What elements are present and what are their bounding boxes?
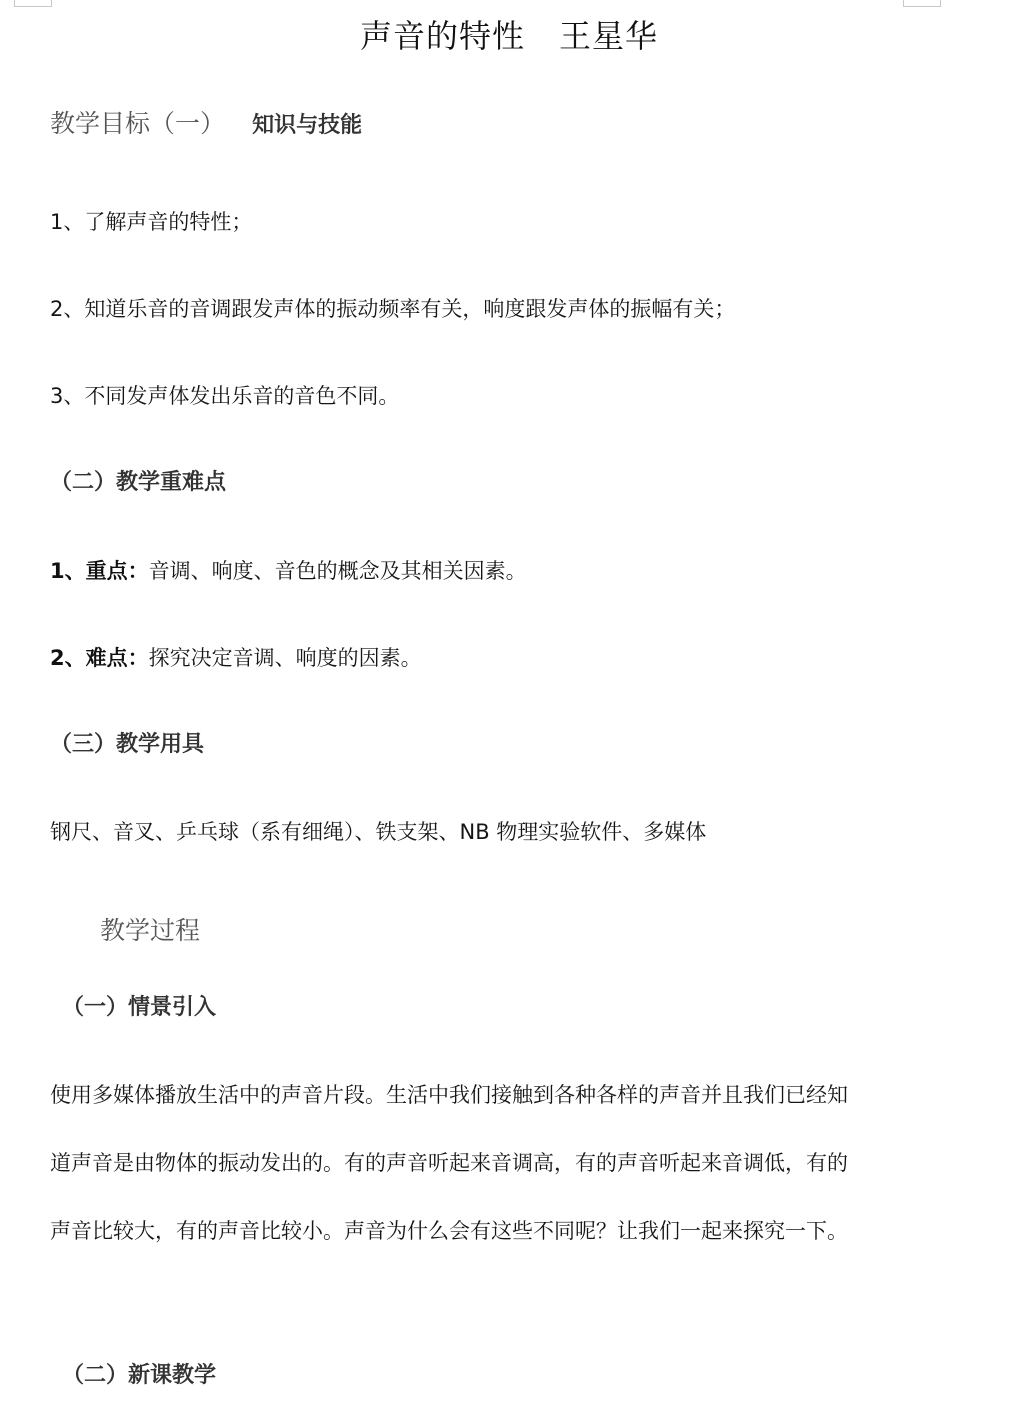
difficulty-point-item: 2、难点：探究决定音调、响度的因素。 bbox=[50, 648, 422, 669]
objectives-label: 教学目标（一） bbox=[50, 109, 225, 138]
paragraph-line: 使用多媒体播放生活中的声音片段。生活中我们接触到各种各样的声音并且我们已经知 bbox=[50, 1061, 920, 1129]
paragraph-line: 道声音是由物体的振动发出的。有的声音听起来音调高，有的声音听起来音调低，有的 bbox=[50, 1129, 920, 1197]
objective-item: 1、了解声音的特性； bbox=[50, 212, 252, 233]
objective-item: 2、知道乐音的音调跟发声体的振动频率有关，响度跟发声体的振幅有关； bbox=[50, 299, 735, 320]
objectives-heading: 教学目标（一） 知识与技能 bbox=[50, 111, 362, 137]
title-topic: 声音的特性 bbox=[360, 17, 525, 55]
intro-paragraph: 使用多媒体播放生活中的声音片段。生活中我们接触到各种各样的声音并且我们已经知 道… bbox=[50, 1061, 920, 1265]
key-point-prefix: 1、重点： bbox=[50, 559, 149, 583]
key-point-item: 1、重点：音调、响度、音色的概念及其相关因素。 bbox=[50, 561, 527, 582]
title-author: 王星华 bbox=[559, 17, 658, 55]
objectives-sub-label: 知识与技能 bbox=[252, 113, 362, 138]
difficulty-point-prefix: 2、难点： bbox=[50, 646, 149, 670]
process-heading: 教学过程 bbox=[100, 918, 200, 943]
objective-item: 3、不同发声体发出乐音的音色不同。 bbox=[50, 386, 399, 407]
key-point-text: 音调、响度、音色的概念及其相关因素。 bbox=[149, 559, 527, 583]
new-lesson-section-heading: （二）新课教学 bbox=[62, 1365, 216, 1387]
materials-list: 钢尺、音叉、乒乓球（系有细绳）、铁支架、NB 物理实验软件、多媒体 bbox=[50, 822, 706, 843]
crop-mark-top-right bbox=[903, 0, 941, 7]
document-title: 声音的特性王星华 bbox=[0, 20, 1018, 52]
crop-mark-top-left bbox=[14, 0, 52, 7]
key-points-heading: （二）教学重难点 bbox=[50, 472, 226, 494]
difficulty-point-text: 探究决定音调、响度的因素。 bbox=[149, 646, 422, 670]
intro-section-heading: （一）情景引入 bbox=[62, 997, 216, 1019]
materials-heading: （三）教学用具 bbox=[50, 734, 204, 756]
paragraph-line: 声音比较大，有的声音比较小。声音为什么会有这些不同呢？让我们一起来探究一下。 bbox=[50, 1197, 920, 1265]
